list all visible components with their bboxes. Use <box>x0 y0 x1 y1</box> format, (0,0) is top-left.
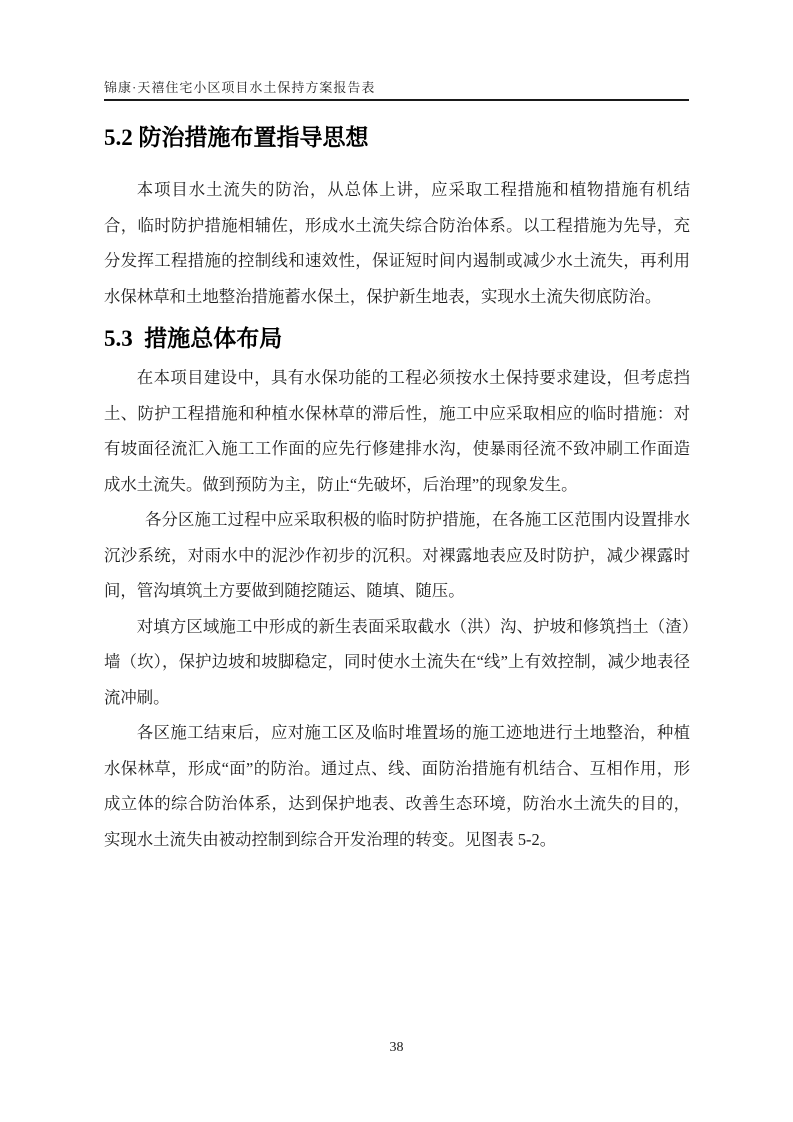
header-rule <box>104 99 689 101</box>
section-heading-5-3: 5.3 措施总体布局 <box>104 320 282 353</box>
page-header-running-title: 锦康·天禧住宅小区项目水土保持方案报告表 <box>104 77 375 96</box>
section-heading-5-2: 5.2 防治措施布置指导思想 <box>104 119 369 152</box>
section-5-3-body: 在本项目建设中，具有水保功能的工程必须按水土保持要求建设，但考虑挡土、防护工程措… <box>104 360 690 857</box>
page-number: 38 <box>0 1040 793 1056</box>
section-5-2-body: 本项目水土流失的防治，从总体上讲，应采取工程措施和植物措施有机结合，临时防护措施… <box>104 172 690 314</box>
paragraph: 在本项目建设中，具有水保功能的工程必须按水土保持要求建设，但考虑挡土、防护工程措… <box>104 360 690 502</box>
document-page: 锦康·天禧住宅小区项目水土保持方案报告表 5.2 防治措施布置指导思想 本项目水… <box>0 0 793 1122</box>
paragraph: 各分区施工过程中应采取积极的临时防护措施，在各施工区范围内设置排水沉沙系统，对雨… <box>104 502 690 609</box>
paragraph: 本项目水土流失的防治，从总体上讲，应采取工程措施和植物措施有机结合，临时防护措施… <box>104 172 690 314</box>
paragraph: 各区施工结束后，应对施工区及临时堆置场的施工迹地进行土地整治，种植水保林草，形成… <box>104 715 690 857</box>
paragraph: 对填方区域施工中形成的新生表面采取截水（洪）沟、护坡和修筑挡土（渣）墙（坎），保… <box>104 609 690 716</box>
